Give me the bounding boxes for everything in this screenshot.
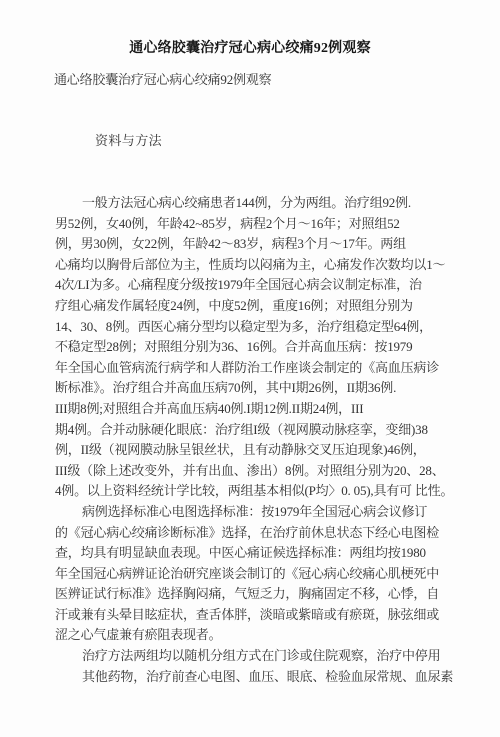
text-line: 涩之心气虚兼有瘀阻表现者。 [55, 625, 470, 646]
text-line: 其他药物，治疗前查心电图、血压、眼底、检验血尿常规、血尿素 [55, 667, 470, 688]
document-subtitle: 通心络胶囊治疗冠心病心绞痛92例观察 [54, 71, 500, 88]
text-line: 例，II级（视网膜动脉呈银丝状，且有动静脉交叉压迫现象)46例， [55, 440, 470, 461]
text-line: 14、30、8例。西医心痛分型均以稳定型为多，治疗组稳定型64例， [55, 317, 470, 338]
text-line: 期4例。合并动脉硬化眼底：治疗组I级（视网膜动脉痉挛，变细)38 [55, 420, 470, 441]
text-line: 4例。以上资料经统计学比较，两组基本相似(P均〉0. 05),具有可 比性。 [55, 481, 470, 502]
text-line: 心痛均以胸骨后部位为主，性质均以闷痛为主，心痛发作次数均以1～ [55, 255, 470, 276]
text-line: 年全国心血管病流行病学和人群防治工作座谈会制定的《高血压病诊 [55, 358, 470, 379]
document-body: 一般方法冠心病心绞痛患者144例，分为两组。治疗组92例.男52例，女40例，年… [55, 193, 470, 687]
text-line: 病例选择标准心电图选择标准：按1979年全国冠心病会议修订 [55, 502, 470, 523]
section-heading: 资料与方法 [95, 132, 500, 149]
document-title: 通心络胶囊治疗冠心病心绞痛92例观察 [0, 0, 500, 57]
text-line: 一般方法冠心病心绞痛患者144例，分为两组。治疗组92例. [55, 193, 470, 214]
text-line: 查，均具有明显缺血表现。中医心痛证候选择标准：两组均按1980 [55, 543, 470, 564]
text-line: 年全国冠心病辨证论治研究座谈会制订的《冠心病心绞痛心肌梗死中 [55, 564, 470, 585]
text-line: III级（除上述改变外，并有出血、渗出）8例。对照组分别为20、28、 [55, 461, 470, 482]
text-line: 医辨证试行标准》选择胸闷痛，气短乏力，胸痛固定不移，心悸，自 [55, 584, 470, 605]
document-page: 通心络胶囊治疗冠心病心绞痛92例观察 通心络胶囊治疗冠心病心绞痛92例观察 资料… [0, 0, 500, 737]
text-line: III期8例;对照组合并高血压病40例.I期12例.II期24例，III [55, 399, 470, 420]
text-line: 不稳定型28例；对照组分别为36、16例。合并高血压病：按1979 [55, 337, 470, 358]
text-line: 疗组心痛发作属轻度24例，中度52例，重度16例；对照组分别为 [55, 296, 470, 317]
text-line: 的《冠心病心绞痛诊断标准》选择，在治疗前休息状态下经心电图检 [55, 523, 470, 544]
text-line: 4次/LI为多。心痛程度分级按1979年全国冠心病会议制定标准，治 [55, 275, 470, 296]
text-line: 断标准》。治疗组合并高血压病70例，其中I期26例，II期36例. [55, 378, 470, 399]
text-line: 男52例，女40例，年龄42~85岁，病程2个月～16年；对照组52 [55, 214, 470, 235]
text-line: 汗或兼有头晕目眩症状，查舌体胖，淡暗或紫暗或有瘀斑，脉弦细或 [55, 605, 470, 626]
text-line: 例，男30例，女22例，年龄42～83岁，病程3个月～17年。两组 [55, 234, 470, 255]
text-line: 治疗方法两组均以随机分组方式在门诊或住院观察，治疗中停用 [55, 646, 470, 667]
